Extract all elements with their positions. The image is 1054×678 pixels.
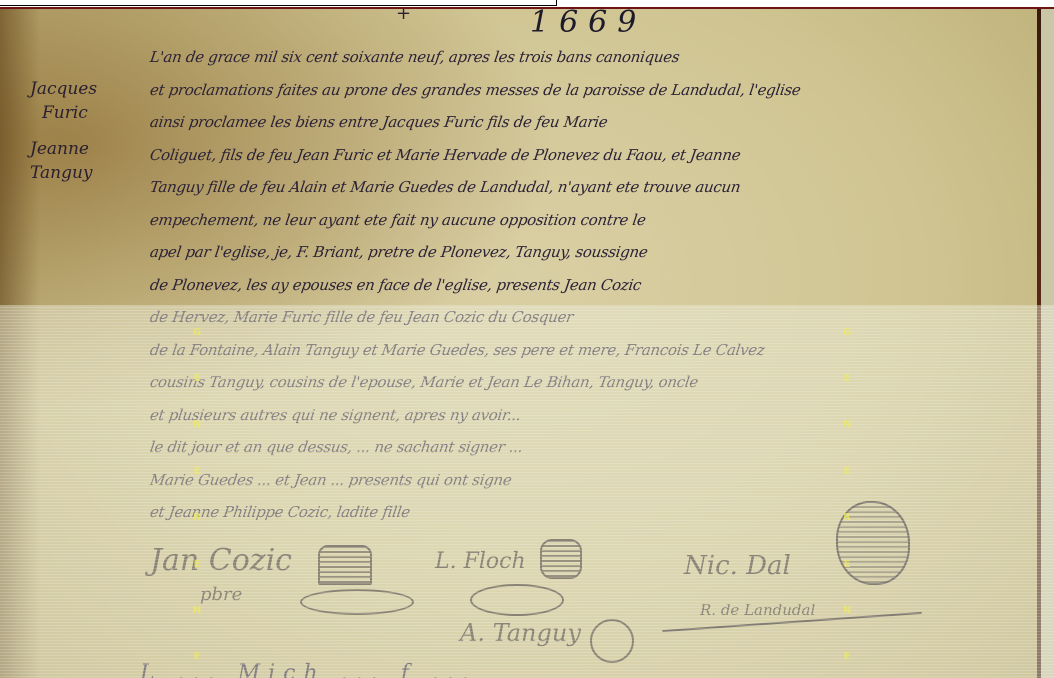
watermark-letter: E [844,559,851,570]
cross-mark: + [396,7,411,24]
watermark-letter: R [193,512,201,523]
signature-floch: L. Floch [435,549,526,574]
margin-line: Furic [30,101,140,125]
watermark-letter: N [843,605,851,616]
record-line: Marie Guedes ... et Jean ... presents qu… [148,464,963,497]
watermark-letter: N [193,605,201,616]
signature-flourish [300,589,414,615]
signature-paraph-mark [540,539,582,579]
manuscript-page: + 1669 Jacques Furic Jeanne Tanguy L'an … [0,7,1054,678]
record-line: le dit jour et an que dessus, ... ne sac… [148,431,963,464]
watermark-letter: E [194,466,201,477]
record-line: Coliguet, fils de feu Jean Furic et Mari… [148,139,963,172]
watermark-left: G E N E R E N E [192,309,202,678]
record-line: et plusieurs autres qui ne signent, apre… [148,399,963,432]
record-line: de Plonevez, les ay epouses en face de l… [148,269,963,302]
watermark-letter: E [194,559,201,570]
margin-line: Jacques [30,77,140,101]
record-body: L'an de grace mil six cent soixante neuf… [150,41,960,529]
signature-rector: Nic. Dal [684,551,791,581]
signature-flourish [590,619,634,663]
signature-subtext: R. de Landudal [700,601,815,619]
record-line: L'an de grace mil six cent soixante neuf… [148,41,963,74]
next-record-partial: L ... Mich ... f ... [140,661,477,678]
signature-tanguy: A. Tanguy [460,619,581,647]
watermark-letter: G [843,327,851,338]
record-line: ainsi proclamee les biens entre Jacques … [148,106,963,139]
signature-flourish [470,584,564,616]
margin-line: Tanguy [30,161,140,185]
margin-note: Jacques Furic Jeanne Tanguy [30,77,140,185]
watermark-letter: E [844,651,851,662]
watermark-letter: E [844,373,851,384]
watermark-letter: N [843,419,851,430]
year-header: 1669 [530,7,646,40]
record-line: cousins Tanguy, cousins de l'epouse, Mar… [148,366,963,399]
record-line: Tanguy fille de feu Alain et Marie Guede… [148,171,963,204]
signature-subtext: pbre [200,584,242,605]
margin-line: Jeanne [30,137,140,161]
record-line: empechement, ne leur ayant ete fait ny a… [148,204,963,237]
adjacent-page-edge [1041,9,1054,678]
record-line: et proclamations faites au prone des gra… [148,74,963,107]
top-bar-box [0,0,557,6]
watermark-letter: R [843,512,851,523]
record-line: de la Fontaine, Alain Tanguy et Marie Gu… [148,334,963,367]
signature-jan-cozic: Jan Cozic [150,543,292,578]
top-bar [0,0,1054,7]
watermark-letter: E [844,466,851,477]
signature-paraph-mark [318,545,372,585]
watermark-letter: E [194,651,201,662]
watermark-letter: N [193,419,201,430]
watermark-letter: G [193,327,201,338]
record-line: apel par l'eglise, je, F. Briant, pretre… [148,236,963,269]
watermark-right: G E N E R E N E [842,309,852,678]
record-line: de Hervez, Marie Furic fille de feu Jean… [148,301,963,334]
watermark-letter: E [194,373,201,384]
